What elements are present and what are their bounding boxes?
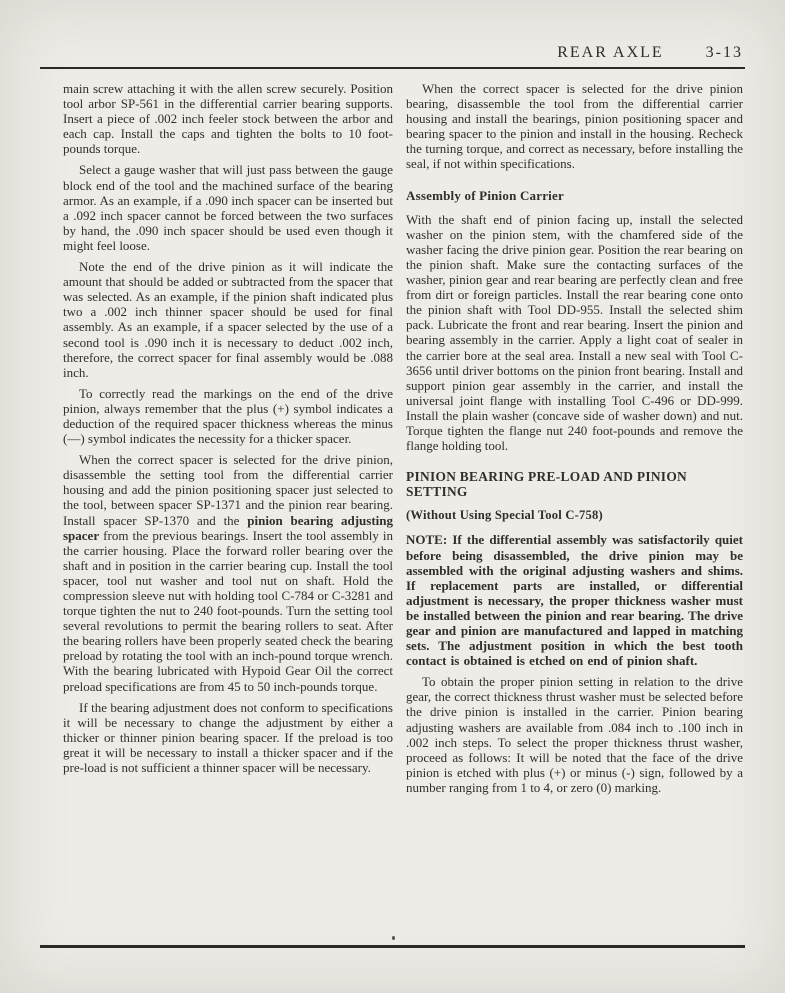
subheading-without-special-tool: (Without Using Special Tool C-758) xyxy=(406,508,743,523)
paragraph: To obtain the proper pinion setting in r… xyxy=(406,674,743,795)
paragraph: When the correct spacer is selected for … xyxy=(63,452,393,694)
scan-speck xyxy=(392,936,395,940)
left-column: main screw attaching it with the allen s… xyxy=(63,81,393,801)
paragraph-run: from the previous bearings. Insert the t… xyxy=(63,528,393,694)
paragraph: If the bearing adjustment does not confo… xyxy=(63,700,393,775)
heading-pinion-bearing-preload: PINION BEARING PRE-LOAD AND PINION SETTI… xyxy=(406,469,743,499)
paragraph: When the correct spacer is selected for … xyxy=(406,81,743,172)
header-rule xyxy=(40,67,745,69)
note-paragraph: NOTE: If the differential assembly was s… xyxy=(406,532,743,668)
page-number: 3-13 xyxy=(706,44,743,62)
paragraph: To correctly read the markings on the en… xyxy=(63,386,393,446)
section-title: REAR AXLE xyxy=(557,44,663,62)
paragraph: Select a gauge washer that will just pas… xyxy=(63,162,393,253)
text-columns: main screw attaching it with the allen s… xyxy=(63,81,743,801)
manual-page: REAR AXLE 3-13 main screw attaching it w… xyxy=(0,0,785,993)
page-header: REAR AXLE 3-13 xyxy=(557,44,743,62)
footer-rule xyxy=(40,945,745,948)
right-column: When the correct spacer is selected for … xyxy=(406,81,743,801)
paragraph: Note the end of the drive pinion as it w… xyxy=(63,259,393,380)
paragraph: With the shaft end of pinion facing up, … xyxy=(406,212,743,454)
subheading-assembly-of-pinion-carrier: Assembly of Pinion Carrier xyxy=(406,188,743,203)
paragraph-continued: main screw attaching it with the allen s… xyxy=(63,81,393,156)
